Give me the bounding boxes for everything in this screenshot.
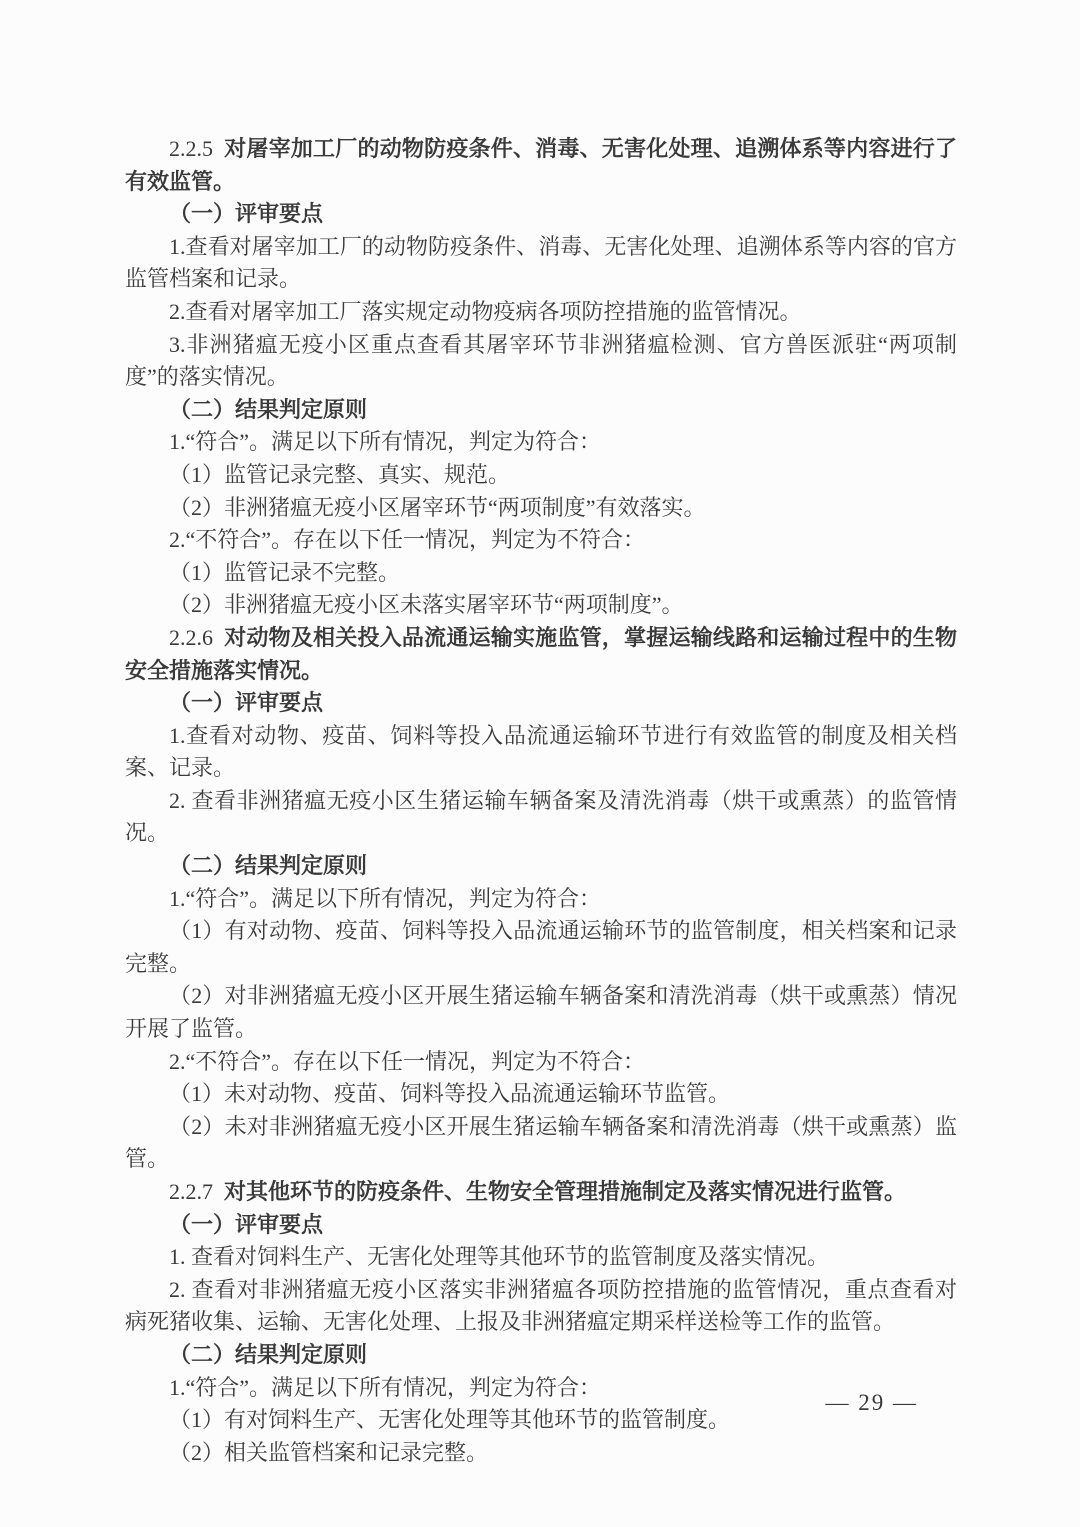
section-heading-text: 对动物及相关投入品流通运输实施监管，掌握运输线路和运输过程中的生物安全措施落实情… (125, 625, 957, 683)
body-paragraph: （1）有对动物、疫苗、饲料等投入品流通运输环节的监管制度，相关档案和记录完整。 (125, 915, 957, 980)
body-paragraph: （1）监管记录不完整。 (125, 557, 957, 590)
subsection-heading: （二）结果判定原则 (125, 394, 957, 427)
body-paragraph: 2. 查看对非洲猪瘟无疫小区落实非洲猪瘟各项防控措施的监管情况，重点查看对病死猪… (125, 1274, 957, 1339)
subsection-heading: （一）评审要点 (125, 1209, 957, 1242)
document-page: 2.2.5对屠宰加工厂的动物防疫条件、消毒、无害化处理、追溯体系等内容进行了有效… (0, 0, 1080, 1527)
body-paragraph: （1）监管记录完整、真实、规范。 (125, 459, 957, 492)
section-heading: 2.2.6对动物及相关投入品流通运输实施监管，掌握运输线路和运输过程中的生物安全… (125, 622, 957, 687)
subsection-heading: （二）结果判定原则 (125, 850, 957, 883)
body-paragraph: 2.查看对屠宰加工厂落实规定动物疫病各项防控措施的监管情况。 (125, 296, 957, 329)
section-number: 2.2.7 (169, 1179, 213, 1204)
body-paragraph: 1.查看对动物、疫苗、饲料等投入品流通运输环节进行有效监管的制度及相关档案、记录… (125, 720, 957, 785)
body-paragraph: （2）相关监管档案和记录完整。 (125, 1437, 957, 1470)
subsection-heading: （一）评审要点 (125, 198, 957, 231)
body-paragraph: 2.“不符合”。存在以下任一情况，判定为不符合： (125, 524, 957, 557)
document-body: 2.2.5对屠宰加工厂的动物防疫条件、消毒、无害化处理、追溯体系等内容进行了有效… (125, 133, 957, 1469)
body-paragraph: （2）非洲猪瘟无疫小区未落实屠宰环节“两项制度”。 (125, 589, 957, 622)
body-paragraph: （2）非洲猪瘟无疫小区屠宰环节“两项制度”有效落实。 (125, 492, 957, 525)
body-paragraph: （2）未对非洲猪瘟无疫小区开展生猪运输车辆备案和清洗消毒（烘干或熏蒸）监管。 (125, 1111, 957, 1176)
body-paragraph: （2）对非洲猪瘟无疫小区开展生猪运输车辆备案和清洗消毒（烘干或熏蒸）情况开展了监… (125, 980, 957, 1045)
body-paragraph: （1）未对动物、疫苗、饲料等投入品流通运输环节监管。 (125, 1078, 957, 1111)
section-heading-text: 对其他环节的防疫条件、生物安全管理措施制定及落实情况进行监管。 (224, 1179, 906, 1204)
page-number: — 29 — (826, 1390, 919, 1416)
body-paragraph: 1.查看对屠宰加工厂的动物防疫条件、消毒、无害化处理、追溯体系等内容的官方监管档… (125, 231, 957, 296)
subsection-heading: （二）结果判定原则 (125, 1339, 957, 1372)
body-paragraph: 2.“不符合”。存在以下任一情况，判定为不符合： (125, 1046, 957, 1079)
section-number: 2.2.6 (169, 625, 213, 650)
body-paragraph: 1.“符合”。满足以下所有情况，判定为符合： (125, 883, 957, 916)
section-heading: 2.2.7对其他环节的防疫条件、生物安全管理措施制定及落实情况进行监管。 (125, 1176, 957, 1209)
body-paragraph: 1. 查看对饲料生产、无害化处理等其他环节的监管制度及落实情况。 (125, 1241, 957, 1274)
section-heading-text: 对屠宰加工厂的动物防疫条件、消毒、无害化处理、追溯体系等内容进行了有效监管。 (125, 136, 957, 194)
subsection-heading: （一）评审要点 (125, 687, 957, 720)
body-paragraph: 3.非洲猪瘟无疫小区重点查看其屠宰环节非洲猪瘟检测、官方兽医派驻“两项制度”的落… (125, 329, 957, 394)
section-number: 2.2.5 (169, 136, 213, 161)
body-paragraph: 1.“符合”。满足以下所有情况，判定为符合： (125, 426, 957, 459)
section-heading: 2.2.5对屠宰加工厂的动物防疫条件、消毒、无害化处理、追溯体系等内容进行了有效… (125, 133, 957, 198)
body-paragraph: 2. 查看非洲猪瘟无疫小区生猪运输车辆备案及清洗消毒（烘干或熏蒸）的监管情况。 (125, 785, 957, 850)
